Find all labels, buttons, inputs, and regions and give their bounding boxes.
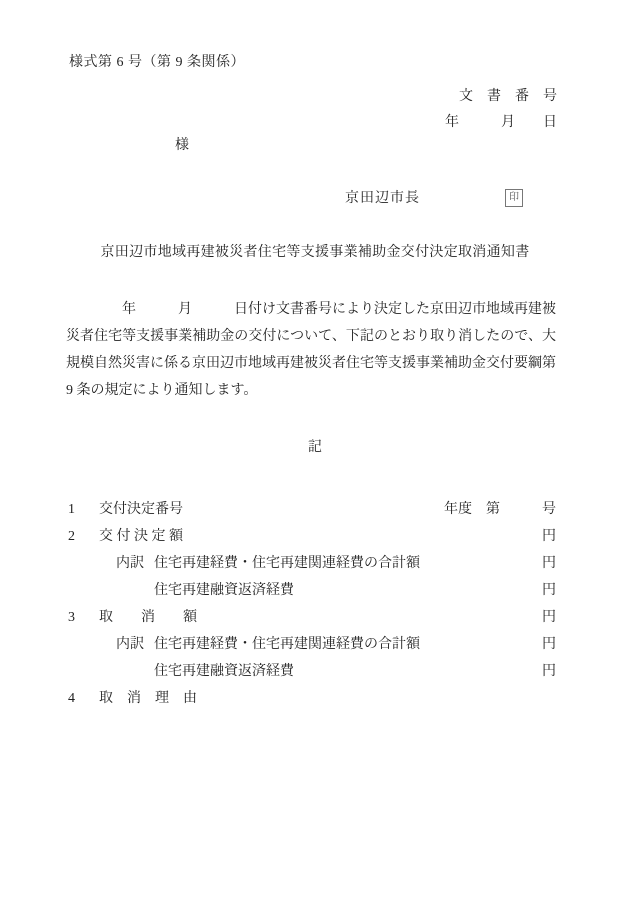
item-number: 4	[68, 692, 99, 706]
list-subitem: 住宅再建融資返済経費 円	[68, 658, 556, 685]
document-page: 様式第 6 号（第 9 条関係） 文 書 番 号 年 月 日 様 京田辺市長 印…	[0, 0, 630, 915]
item-breakdown-label: 内訳	[116, 557, 144, 571]
item-value: 円	[542, 611, 556, 625]
record-marker: 記	[0, 441, 630, 455]
item-label: 住宅再建経費・住宅再建関連経費の合計額	[154, 638, 420, 652]
item-value: 円	[542, 584, 556, 598]
item-number: 3	[68, 611, 99, 625]
date-label: 年 月 日	[445, 110, 557, 136]
item-label: 取 消 理 由	[99, 692, 197, 706]
item-label: 住宅再建融資返済経費	[154, 665, 294, 679]
addressee-honorific: 様	[175, 139, 189, 153]
item-value: 円	[542, 665, 556, 679]
item-value: 円	[542, 530, 556, 544]
seal-placeholder-icon: 印	[505, 189, 523, 207]
item-label: 取 消 額	[99, 611, 197, 625]
doc-number-label: 文 書 番 号	[445, 84, 557, 110]
item-label: 住宅再建経費・住宅再建関連経費の合計額	[154, 557, 420, 571]
header-right-block: 文 書 番 号 年 月 日	[445, 84, 557, 136]
item-number: 2	[68, 530, 99, 544]
list-item: 1 交付決定番号 年度 第 号	[68, 496, 556, 523]
list-item: 2 交 付 決 定 額 円	[68, 523, 556, 550]
list-item: 3 取 消 額 円	[68, 604, 556, 631]
list-subitem: 内訳 住宅再建経費・住宅再建関連経費の合計額 円	[68, 631, 556, 658]
item-label: 交 付 決 定 額	[99, 530, 183, 544]
document-title: 京田辺市地域再建被災者住宅等支援事業補助金交付決定取消通知書	[0, 246, 630, 260]
body-paragraph: 年 月 日付け文書番号により決定した京田辺市地域再建被災者住宅等支援事業補助金の…	[66, 296, 556, 404]
item-value: 円	[542, 557, 556, 571]
item-value: 年度 第 号	[444, 503, 556, 517]
list-subitem: 住宅再建融資返済経費 円	[68, 577, 556, 604]
item-label: 交付決定番号	[99, 503, 183, 517]
item-label: 住宅再建融資返済経費	[154, 584, 294, 598]
sender-title: 京田辺市長	[345, 192, 420, 206]
list-subitem: 内訳 住宅再建経費・住宅再建関連経費の合計額 円	[68, 550, 556, 577]
item-number: 1	[68, 503, 99, 517]
list-item: 4 取 消 理 由	[68, 685, 556, 712]
form-number: 様式第 6 号（第 9 条関係）	[69, 56, 245, 70]
item-breakdown-label: 内訳	[116, 638, 144, 652]
item-value: 円	[542, 638, 556, 652]
items-list: 1 交付決定番号 年度 第 号 2 交 付 決 定 額 円 内訳 住宅再建経費・…	[68, 496, 556, 712]
